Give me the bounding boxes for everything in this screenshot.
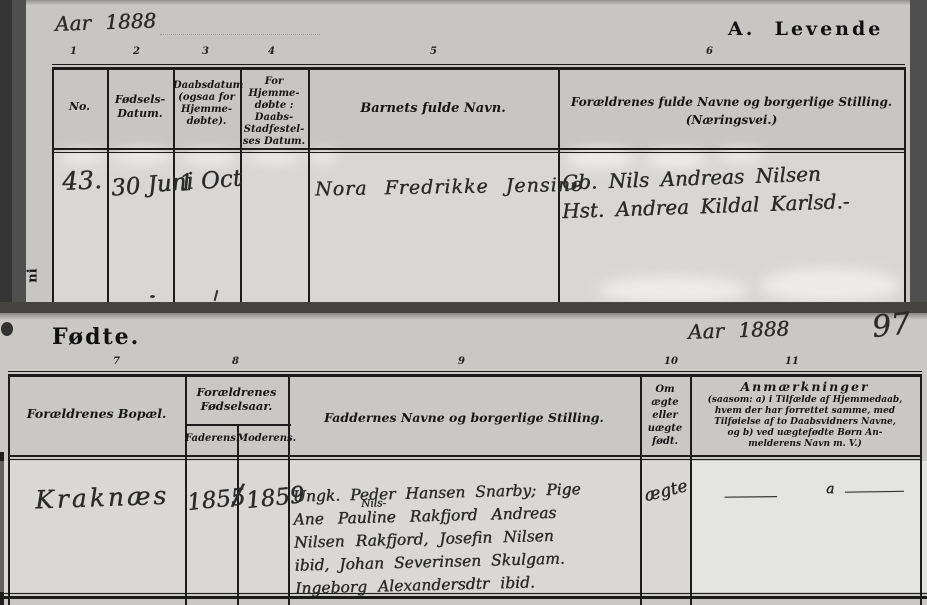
erasure-blob bbox=[112, 148, 172, 164]
column-number-6: 6 bbox=[706, 46, 713, 57]
entry-number: 43. bbox=[61, 165, 102, 196]
header-baptism-date: Daabsdatum (ogsaa for Hjemme- døbte). bbox=[173, 80, 240, 128]
remarks-dash-1: — bbox=[722, 486, 740, 507]
dotted-baseline bbox=[160, 33, 320, 35]
ink-spot bbox=[1, 322, 13, 336]
header-mother-year: Moderens. bbox=[237, 433, 288, 444]
header-parents-birth-years: Forældrenes Fødselsaar. bbox=[185, 385, 288, 413]
table-rule bbox=[52, 148, 905, 150]
godparents-insertion: Nils- bbox=[361, 497, 386, 510]
column-number-2: 2 bbox=[133, 46, 140, 57]
column-number-1: 1 bbox=[70, 46, 77, 57]
column-number-3: 3 bbox=[202, 46, 209, 57]
erasure-blob bbox=[565, 148, 635, 168]
godparents-text-block: Ungk. Peder Hansen Snarby; Pige Ane Paul… bbox=[293, 476, 646, 600]
column-number-10: 10 bbox=[664, 356, 678, 367]
column-number-4: 4 bbox=[268, 46, 275, 57]
header-child-name: Barnets fulde Navn. bbox=[308, 101, 558, 116]
table-rule bbox=[0, 596, 927, 599]
section-title-fodte: Fødte. bbox=[52, 324, 140, 350]
margin-mark: ni bbox=[26, 268, 41, 282]
left-scan-margin bbox=[0, 0, 12, 303]
header-legitimacy: Om ægte eller uægte født. bbox=[640, 383, 690, 448]
header-remarks-title: Anmærkninger bbox=[690, 379, 920, 394]
year-handwritten-top: Aar 1888 bbox=[55, 8, 157, 36]
year-slash: / bbox=[233, 478, 242, 511]
table-rule bbox=[8, 459, 922, 460]
header-father-year: Faderens. bbox=[185, 433, 237, 444]
erasure-blob bbox=[718, 148, 763, 162]
erasure-blob bbox=[598, 276, 748, 304]
baptism-date-value: 1 Oct bbox=[178, 165, 243, 196]
table-rule bbox=[920, 374, 922, 605]
column-number-5: 5 bbox=[430, 46, 437, 57]
column-number-8: 8 bbox=[232, 356, 239, 367]
table-rule bbox=[8, 455, 922, 457]
table-rule bbox=[52, 67, 906, 70]
child-name-value: Nora Fredrikke Jensine bbox=[315, 174, 583, 201]
header-home-baptism: For Hjemme- døbte : Daabs- Stadfestel- s… bbox=[240, 76, 308, 148]
residence-value: Kraknæs bbox=[35, 481, 170, 515]
table-rule bbox=[8, 371, 922, 372]
header-remarks-body: (saasom: a) i Tilfælde af Hjemmedaab, hv… bbox=[690, 395, 920, 450]
header-parents: Forældrenes fulde Navne og borgerlige St… bbox=[558, 93, 905, 129]
column-number-7: 7 bbox=[113, 356, 120, 367]
stray-ink-mark bbox=[150, 295, 155, 298]
table-rule bbox=[52, 152, 905, 153]
year-handwritten-bottom: Aar 1888 bbox=[688, 316, 790, 344]
header-godparents: Faddernes Navne og borgerlige Stilling. bbox=[288, 410, 640, 425]
remarks-letter: a bbox=[826, 481, 834, 497]
table-rule bbox=[8, 374, 922, 377]
table-rule bbox=[237, 424, 239, 605]
top-scan-edge bbox=[26, 0, 910, 5]
scanned-parish-register-page: Aar 1888 A. Levende 1 2 3 4 5 6 No. Føds… bbox=[0, 0, 927, 605]
section-title-levende: A. Levende bbox=[728, 18, 883, 40]
remarks-dash-2: — bbox=[842, 481, 860, 502]
header-residence: Forældrenes Bopæl. bbox=[8, 406, 185, 421]
header-birth-date: Fødsels- Datum. bbox=[107, 93, 173, 121]
column-number-9: 9 bbox=[458, 356, 465, 367]
table-rule bbox=[52, 64, 905, 65]
erasure-blob bbox=[760, 268, 900, 302]
column-number-11: 11 bbox=[785, 356, 799, 367]
page-number: 97 bbox=[870, 306, 912, 345]
header-no: No. bbox=[52, 100, 107, 113]
